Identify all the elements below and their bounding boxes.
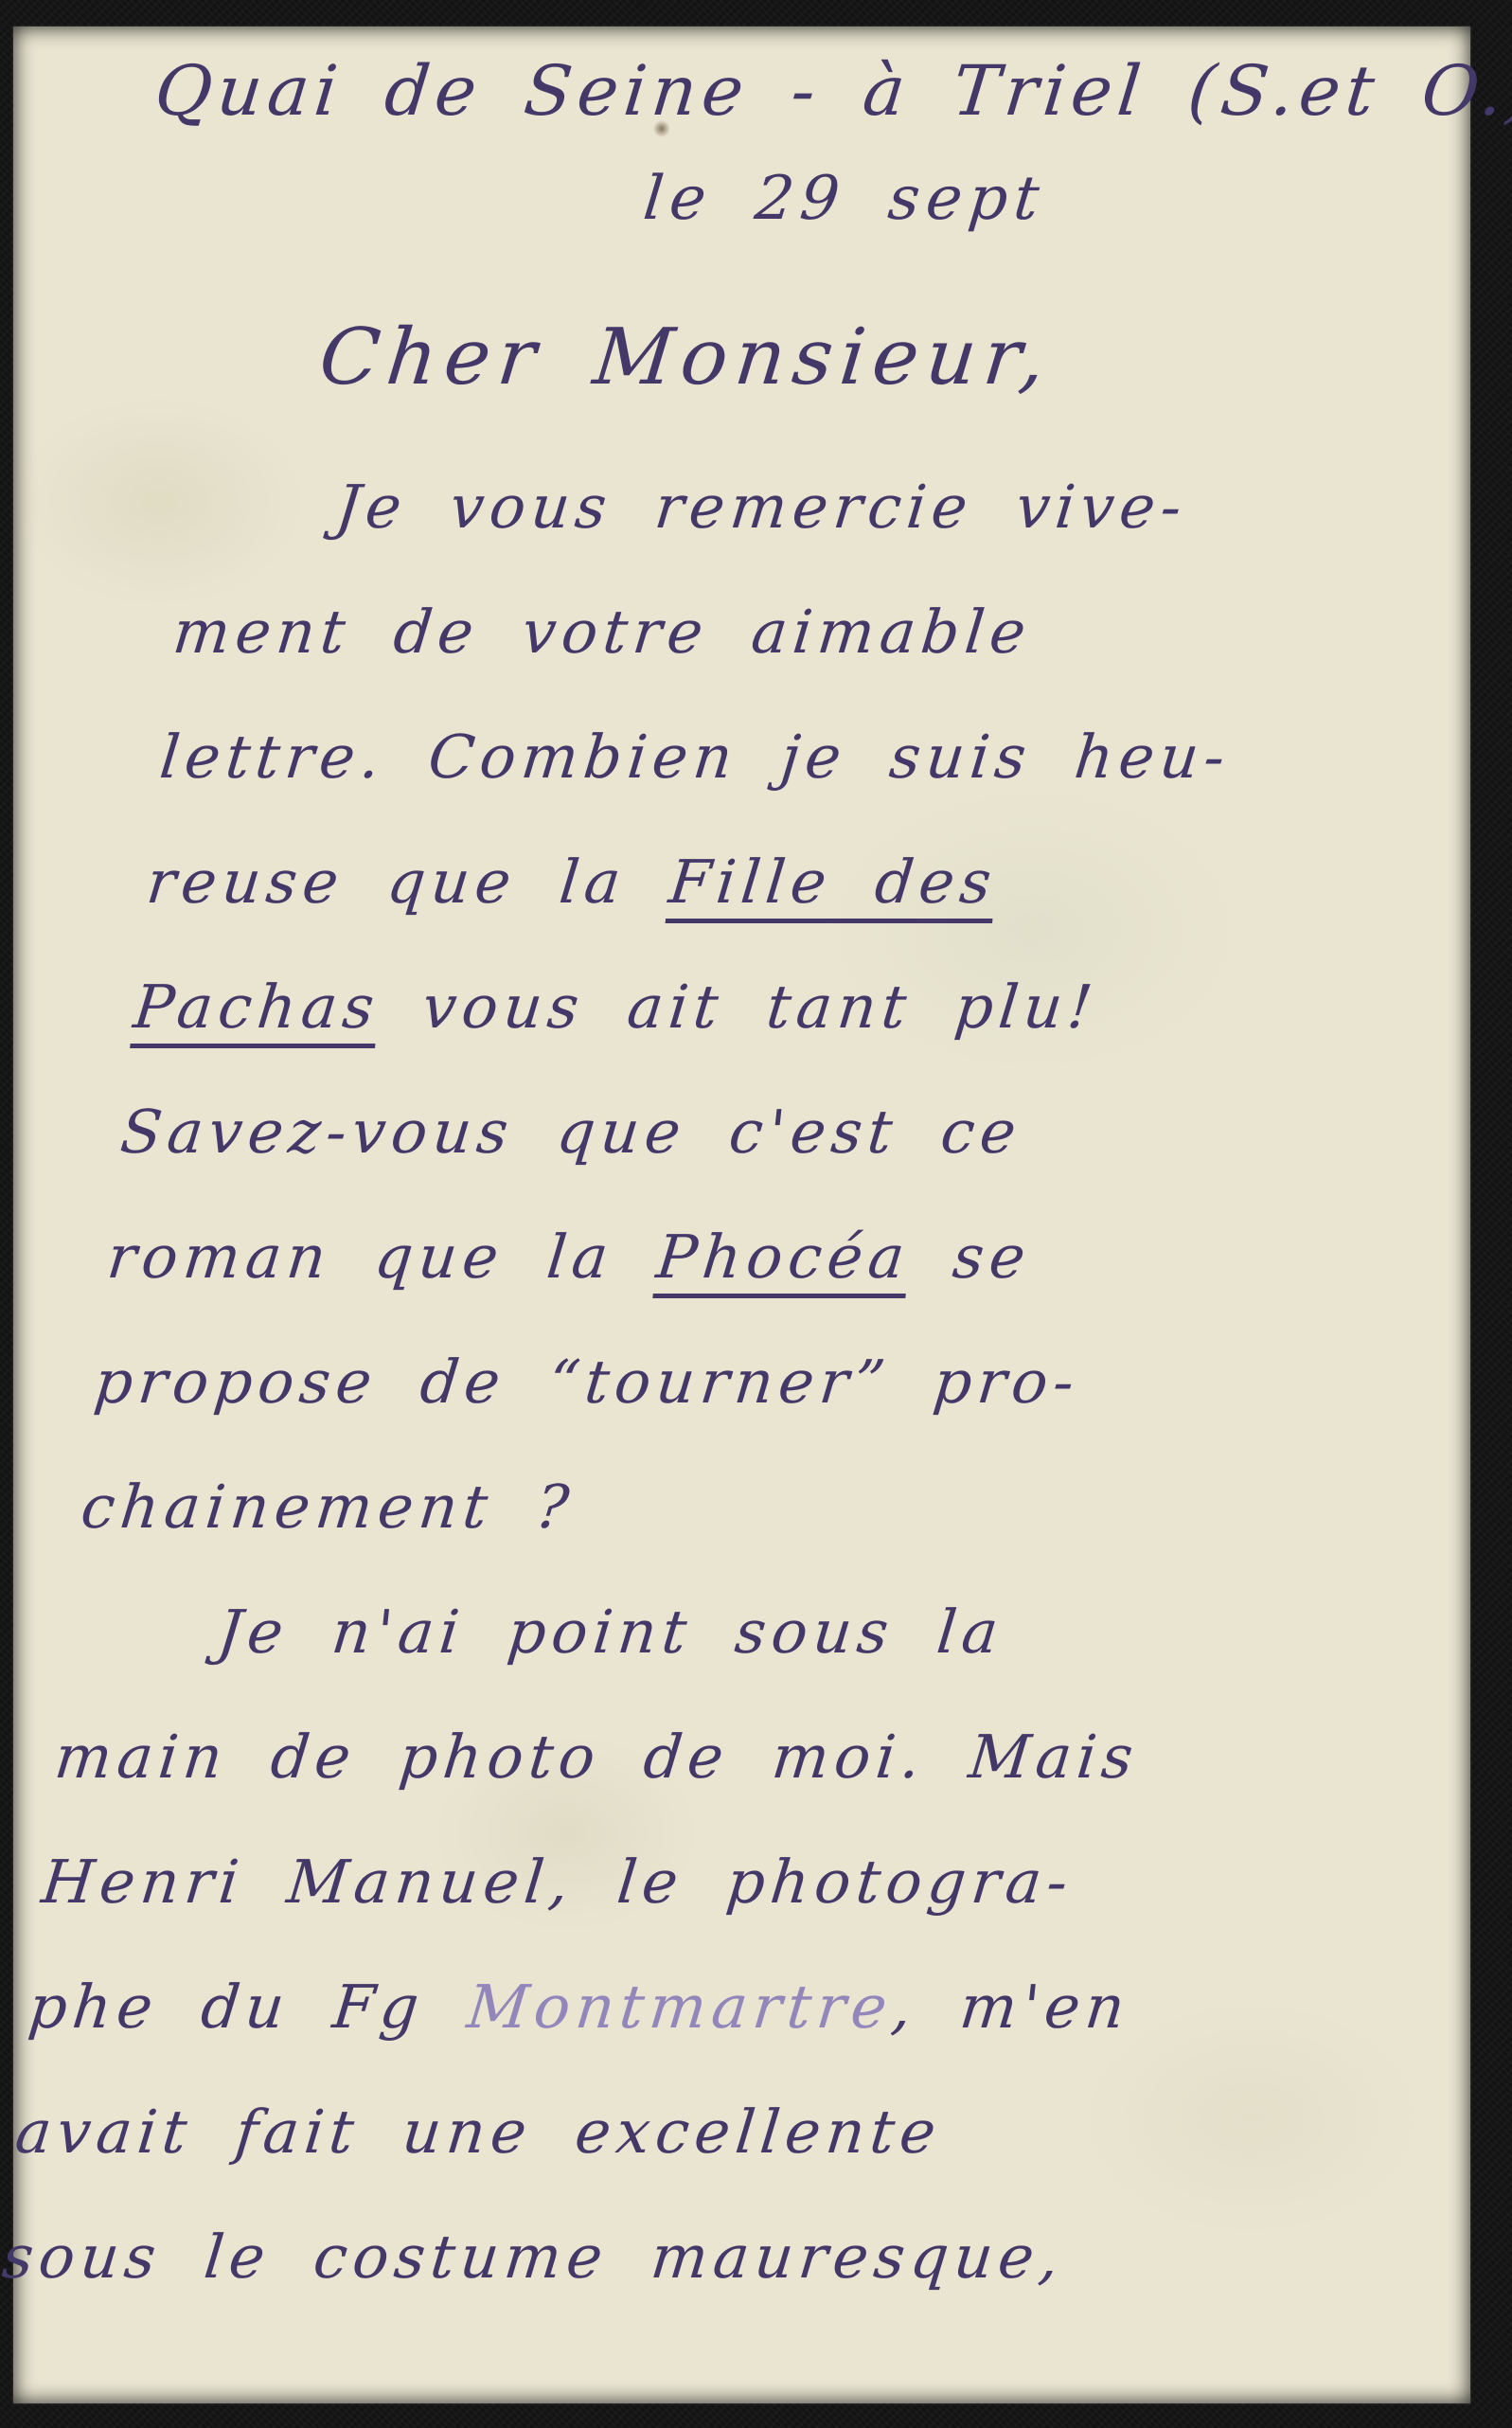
letter-line: chainement ? (75, 1445, 1432, 1570)
letter-line: Je n'ai point sous la (62, 1570, 1418, 1695)
handwriting-text: avait fait une excellente (12, 2098, 945, 2167)
handwriting-text: roman que la (104, 1223, 661, 1292)
handwriting-text: reuse que la (144, 848, 673, 917)
letter-line: ment de votre aimable (167, 570, 1512, 695)
handwriting-text: sous le costume mauresque, (0, 2223, 1068, 2292)
letter-line: Henri Manuel, le photogra- (36, 1820, 1393, 1945)
letter-line: Je vous remercie vive- (180, 445, 1512, 570)
letter-line: propose de “tourner” pro- (88, 1320, 1445, 1445)
letter-line: lettre. Combien je suis heu- (153, 695, 1510, 820)
handwriting-text: Je n'ai point sous la (214, 1598, 1006, 1667)
letter-line: reuse que la Fille des (141, 820, 1498, 945)
handwriting-text: chainement ? (78, 1473, 578, 1542)
handwriting-text: se (906, 1223, 1034, 1292)
handwriting-text: phe du Fg (26, 1973, 471, 2042)
letter-body: Je vous remercie vive-ment de votre aima… (0, 445, 1512, 2320)
handwriting-text: vous ait tant plu! (376, 973, 1101, 1042)
letter-line: Pachas vous ait tant plu! (128, 945, 1485, 1070)
letter-address-line: Quai de Seine - à Triel (S.et O.) (89, 40, 1444, 144)
letter-line: avait fait une excellente (9, 2070, 1366, 2195)
handwriting-text: Henri Manuel, le photogra- (39, 1848, 1076, 1917)
underlined-title-text: Pachas (131, 973, 383, 1042)
letter-line: Savez-vous que c'est ce (115, 1070, 1471, 1195)
letter-line: phe du Fg Montmartre, m'en (23, 1945, 1379, 2070)
handwriting-text: ment de votre aimable (169, 598, 1034, 667)
letter-line: sous le costume mauresque, (0, 2195, 1353, 2320)
handwriting-text: main de photo de moi. Mais (52, 1723, 1143, 1792)
letter-date-line: le 29 sept (639, 157, 1442, 242)
faint-ink-text: Montmartre (464, 1973, 896, 2042)
letter-line: main de photo de moi. Mais (48, 1695, 1405, 1820)
photo-background: Quai de Seine - à Triel (S.et O.) le 29 … (0, 0, 1512, 2428)
underlined-title-text: Phocéa (653, 1223, 914, 1292)
handwriting-text: propose de “tourner” pro- (91, 1348, 1083, 1417)
handwriting-text: lettre. Combien je suis heu- (157, 723, 1234, 792)
letter-line: roman que la Phocéa se (101, 1195, 1458, 1320)
letter-page: Quai de Seine - à Triel (S.et O.) le 29 … (13, 27, 1470, 2403)
handwriting-text: Je vous remercie vive- (332, 473, 1190, 542)
letter-salutation: Cher Monsieur, (314, 304, 1444, 413)
handwriting-text: , m'en (889, 1973, 1134, 2042)
handwriting-text: Savez-vous que c'est ce (117, 1098, 1025, 1167)
underlined-title-text: Fille des (666, 848, 1000, 917)
